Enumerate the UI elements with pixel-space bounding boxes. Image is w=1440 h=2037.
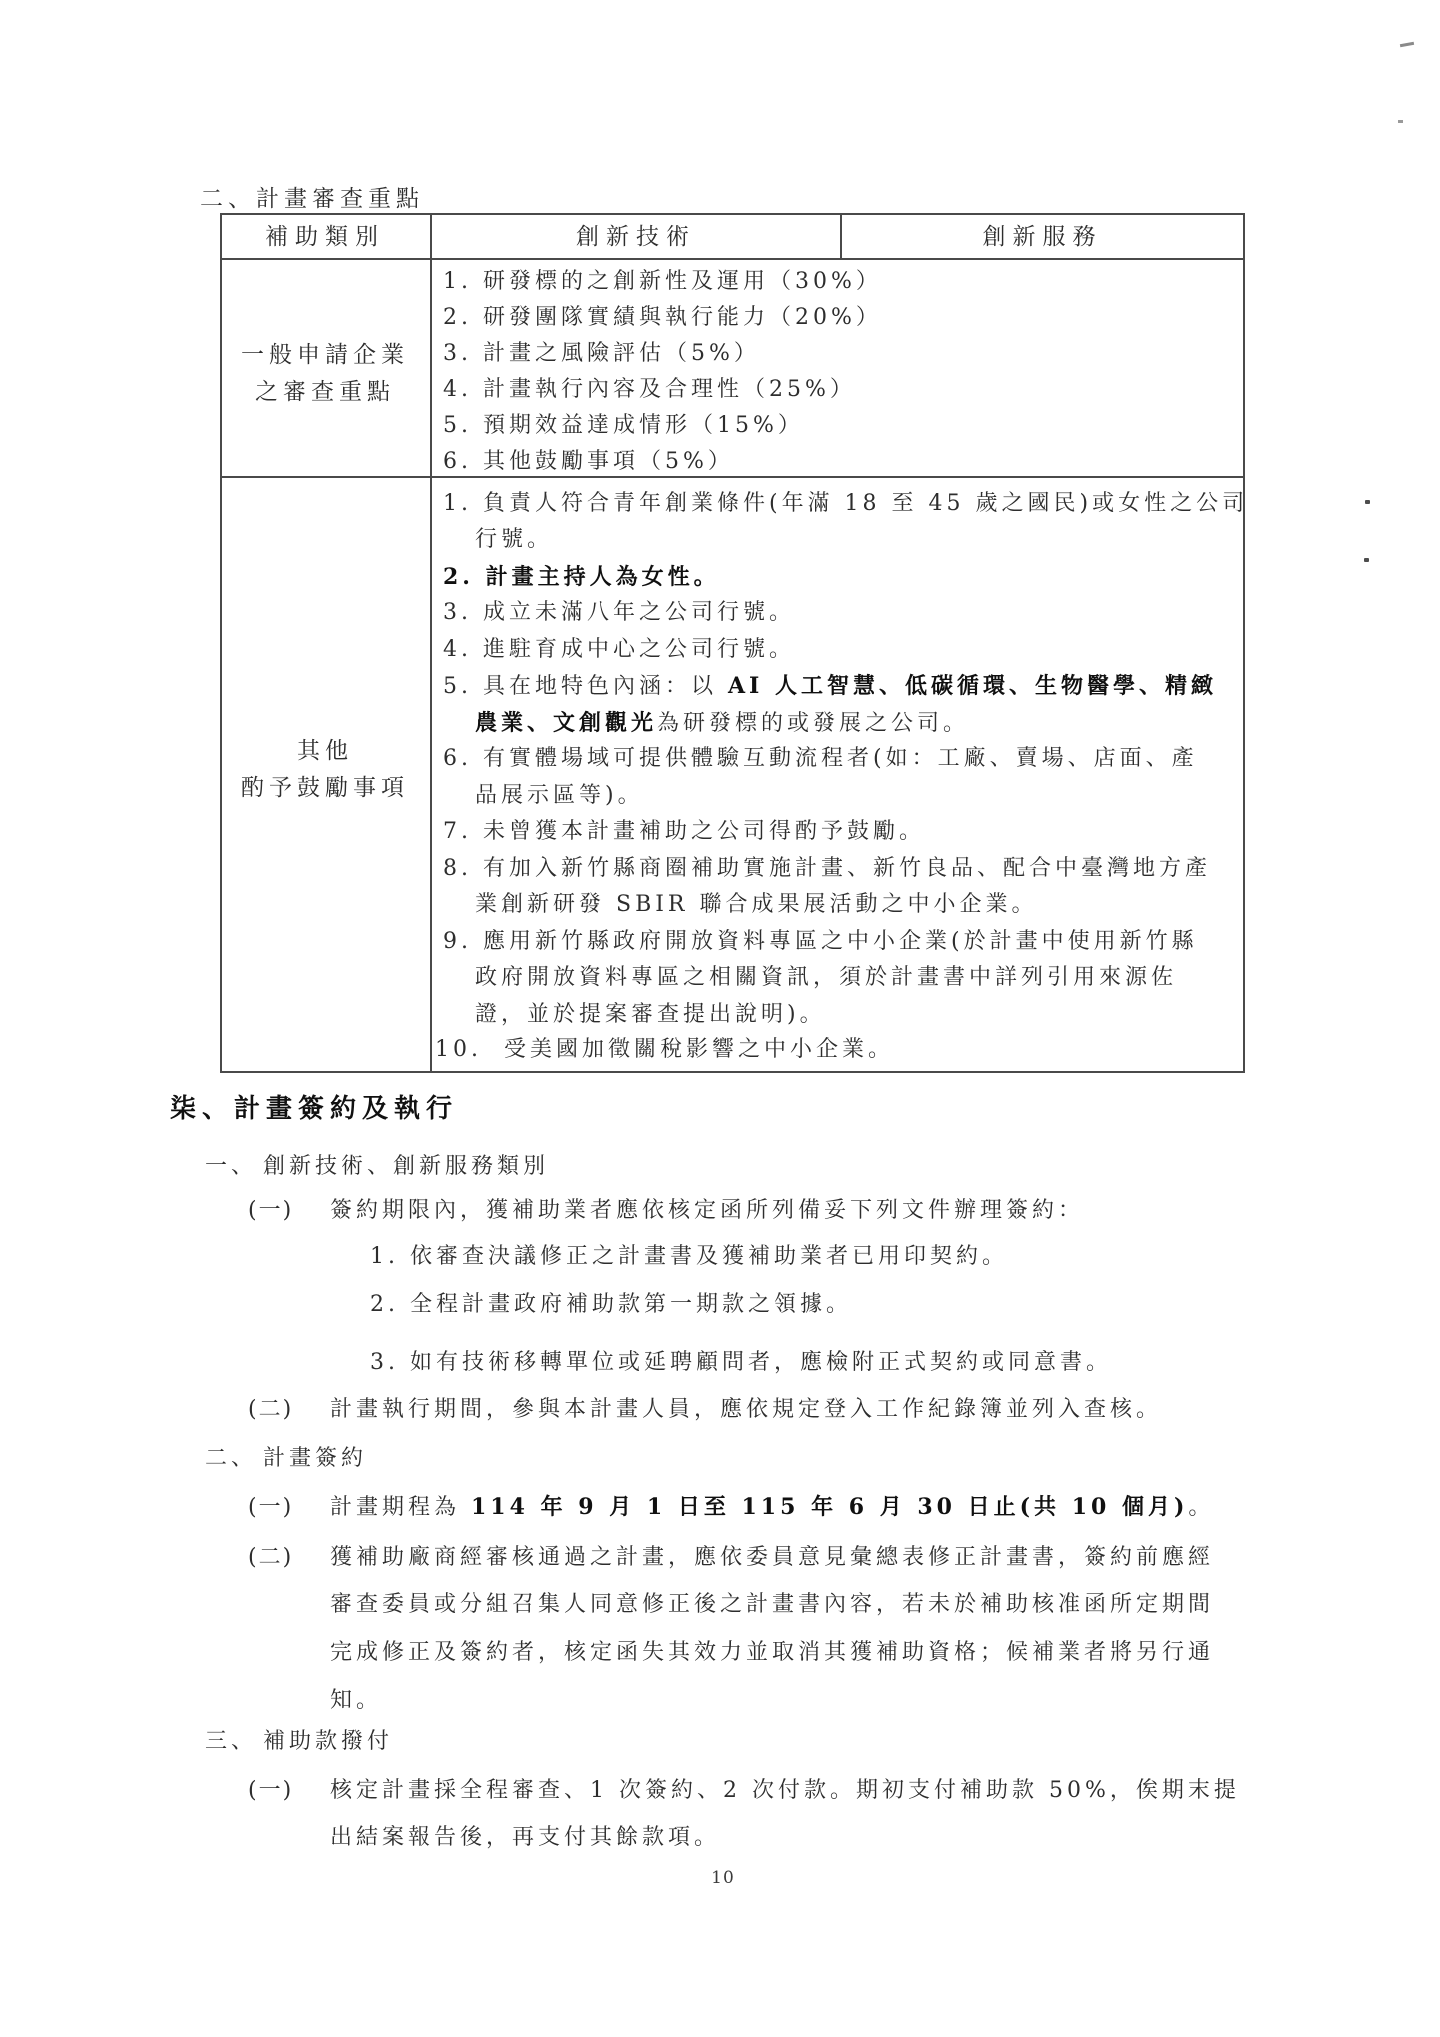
row1-item: 2. 研發團隊實績與執行能力（20%） bbox=[443, 303, 882, 333]
s2-item1-post: 。 bbox=[1188, 1495, 1214, 1520]
table-border-right bbox=[1243, 213, 1245, 1073]
table-header-bottom-line bbox=[220, 258, 1245, 260]
s3-item1-line1: (一)核定計畫採全程審查、1 次簽約、2 次付款。期初支付補助款 50%，俟期末… bbox=[248, 1776, 1240, 1806]
row1-item: 5. 預期效益達成情形（15%） bbox=[443, 411, 804, 441]
s2-item2-marker: (二) bbox=[248, 1543, 330, 1573]
s2-item2-line4: 知。 bbox=[330, 1686, 382, 1716]
s1-item1: (一)簽約期限內，獲補助業者應依核定函所列備妥下列文件辦理簽約： bbox=[248, 1196, 1084, 1226]
page-heading: 二、計畫審查重點 bbox=[200, 184, 424, 214]
s1-item1-marker: (一) bbox=[248, 1196, 330, 1226]
row2-item: 10. 受美國加徵關稅影響之中小企業。 bbox=[435, 1035, 894, 1065]
table-header-innovation-service: 創新服務 bbox=[842, 222, 1243, 252]
row1-item: 3. 計畫之風險評估（5%） bbox=[443, 339, 760, 369]
row2-item5-normal: 5. 具在地特色內涵：以 bbox=[443, 674, 728, 699]
table-header-category: 補助類別 bbox=[220, 222, 430, 252]
row1-item: 1. 研發標的之創新性及運用（30%） bbox=[443, 267, 882, 297]
row2-item-cont: 品展示區等)。 bbox=[475, 781, 644, 811]
s2-item2-line1: (二)獲補助廠商經審核通過之計畫，應依委員意見彙總表修正計畫書，簽約前應經 bbox=[248, 1543, 1214, 1573]
row2-item: 4. 進駐育成中心之公司行號。 bbox=[443, 635, 795, 665]
page-number: 10 bbox=[700, 1868, 746, 1888]
subsection-3-num: 三、 bbox=[205, 1727, 263, 1757]
row2-item: 5. 具在地特色內涵：以 AI 人工智慧、低碳循環、生物醫學、精緻 bbox=[443, 671, 1217, 702]
row2-item5-normal2: 為研發標的或發展之公司。 bbox=[657, 711, 969, 736]
row1-label-line1: 一般申請企業 bbox=[222, 340, 428, 370]
section-heading: 柒、計畫簽約及執行 bbox=[170, 1094, 458, 1124]
row2-item-cont: 業創新研發 SBIR 聯合成果展活動之中小企業。 bbox=[475, 890, 1037, 920]
row2-item-cont: 證，並於提案審查提出說明)。 bbox=[475, 1000, 826, 1030]
row2-label-line2: 酌予鼓勵事項 bbox=[222, 773, 428, 803]
s1-sub1: 1. 依審查決議修正之計畫書及獲補助業者已用印契約。 bbox=[370, 1242, 1008, 1272]
s2-item1-pre: 計畫期程為 bbox=[330, 1495, 471, 1520]
subsection-2-title: 計畫簽約 bbox=[263, 1446, 367, 1471]
subsection-2-num: 二、 bbox=[205, 1444, 263, 1474]
row2-item: 3. 成立未滿八年之公司行號。 bbox=[443, 598, 795, 628]
row1-label-line2: 之審查重點 bbox=[222, 377, 428, 407]
s2-item1-marker: (一) bbox=[248, 1493, 330, 1523]
row1-item: 4. 計畫執行內容及合理性（25%） bbox=[443, 375, 856, 405]
row2-item5-bold: AI 人工智慧、低碳循環、生物醫學、精緻 bbox=[728, 673, 1217, 699]
s2-item2-text1: 獲補助廠商經審核通過之計畫，應依委員意見彙總表修正計畫書，簽約前應經 bbox=[330, 1545, 1214, 1570]
row1-item: 6. 其他鼓勵事項（5%） bbox=[443, 447, 734, 477]
scan-speck bbox=[1398, 120, 1403, 123]
subsection-3-title: 補助款撥付 bbox=[263, 1729, 393, 1754]
subsection-3: 三、補助款撥付 bbox=[205, 1727, 393, 1757]
s2-item1: (一)計畫期程為 114 年 9 月 1 日至 115 年 6 月 30 日止(… bbox=[248, 1492, 1214, 1523]
table-header-innovation-tech: 創新技術 bbox=[432, 222, 840, 252]
s3-item1-line2: 出結案報告後，再支付其餘款項。 bbox=[330, 1823, 720, 1853]
row2-item-cont: 行號。 bbox=[475, 525, 553, 555]
s1-item2-text: 計畫執行期間，參與本計畫人員，應依規定登入工作紀錄簿並列入查核。 bbox=[330, 1397, 1162, 1422]
row2-item: 1. 負責人符合青年創業條件(年滿 18 至 45 歲之國民)或女性之公司 bbox=[443, 489, 1248, 519]
row2-label-line1: 其他 bbox=[222, 736, 428, 766]
s1-sub2: 2. 全程計畫政府補助款第一期款之領據。 bbox=[370, 1290, 852, 1320]
row2-item: 8. 有加入新竹縣商圈補助實施計畫、新竹良品、配合中臺灣地方產 bbox=[443, 854, 1211, 884]
scanned-document-page: 二、計畫審查重點 補助類別 創新技術 創新服務 一般申請企業 之審查重點 1. … bbox=[0, 0, 1440, 2037]
s2-item2-line3: 完成修正及簽約者，核定函失其效力並取消其獲補助資格；候補業者將另行通 bbox=[330, 1638, 1214, 1668]
table-divider-col1 bbox=[430, 213, 432, 1073]
s3-item1-marker: (一) bbox=[248, 1776, 330, 1806]
scan-speck bbox=[1364, 558, 1369, 562]
s1-item2: (二)計畫執行期間，參與本計畫人員，應依規定登入工作紀錄簿並列入查核。 bbox=[248, 1395, 1162, 1425]
row2-item: 9. 應用新竹縣政府開放資料專區之中小企業(於計畫中使用新竹縣 bbox=[443, 927, 1198, 957]
row2-item-bold: 2. 計畫主持人為女性。 bbox=[443, 562, 720, 592]
s1-sub3: 3. 如有技術移轉單位或延聘顧問者，應檢附正式契約或同意書。 bbox=[370, 1348, 1112, 1378]
subsection-1-title: 創新技術、創新服務類別 bbox=[263, 1154, 549, 1179]
subsection-2: 二、計畫簽約 bbox=[205, 1444, 367, 1474]
table-border-top bbox=[220, 213, 1245, 215]
s2-item1-date-bold: 114 年 9 月 1 日至 115 年 6 月 30 日止(共 10 個月) bbox=[471, 1494, 1188, 1520]
s1-item1-text: 簽約期限內，獲補助業者應依核定函所列備妥下列文件辦理簽約： bbox=[330, 1198, 1084, 1223]
scan-speck bbox=[1365, 500, 1370, 504]
row2-item: 7. 未曾獲本計畫補助之公司得酌予鼓勵。 bbox=[443, 817, 925, 847]
subsection-1-num: 一、 bbox=[205, 1152, 263, 1182]
row2-item-cont: 農業、文創觀光為研發標的或發展之公司。 bbox=[475, 708, 969, 739]
scan-speck bbox=[1400, 42, 1414, 47]
row2-item5-bold2: 農業、文創觀光 bbox=[475, 710, 657, 736]
subsection-1: 一、創新技術、創新服務類別 bbox=[205, 1152, 549, 1182]
row2-item: 6. 有實體場域可提供體驗互動流程者(如：工廠、賣場、店面、產 bbox=[443, 744, 1198, 774]
s2-item2-line2: 審查委員或分組召集人同意修正後之計畫書內容，若未於補助核准函所定期間 bbox=[330, 1590, 1214, 1620]
table-border-bottom bbox=[220, 1071, 1245, 1073]
s1-item2-marker: (二) bbox=[248, 1395, 330, 1425]
s3-item1-text1: 核定計畫採全程審查、1 次簽約、2 次付款。期初支付補助款 50%，俟期末提 bbox=[330, 1778, 1240, 1803]
row2-item-cont: 政府開放資料專區之相關資訊，須於計畫書中詳列引用來源佐 bbox=[475, 963, 1177, 993]
